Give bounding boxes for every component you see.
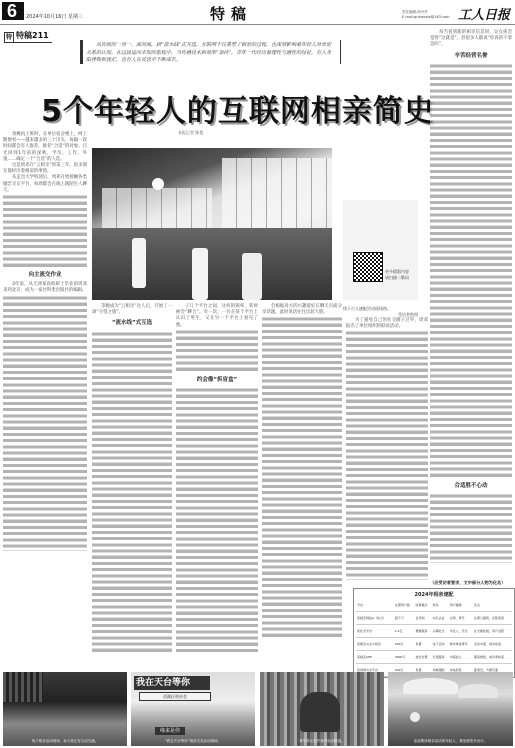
body-text-block [3, 194, 87, 268]
qr-panel [343, 200, 418, 300]
header-rule [0, 24, 515, 25]
hikers-group [300, 692, 340, 732]
article-column-4: 会根据对方的兴趣爱好在聊天页面分享话题，此时说话往往比较大胆。 [262, 304, 342, 638]
table-title: 2024年相亲速配 [354, 591, 514, 598]
byline: 本报记者 陈俊 [178, 130, 203, 136]
table-header-cell: 收费模式 [415, 599, 432, 612]
lead-right-bar [340, 40, 341, 64]
editor-email: E-mail:grrbaoxie@163.com [402, 15, 450, 20]
table-cell: 年轻人、学生 [449, 625, 473, 638]
table-cell: 活动丰富，真实性高 [473, 638, 512, 651]
body-text-block [3, 295, 87, 551]
table-cell: 会员制 [415, 612, 432, 625]
page-number: 6 [2, 2, 22, 20]
table-cell: 红娘服务 [432, 651, 449, 664]
column-tag-label: 特稿211 [16, 31, 49, 40]
table-cell: 超千万 [394, 612, 415, 625]
photo-caption: 参加集体相亲活动的年轻人，乘坐游览车出行。 [388, 739, 513, 744]
table-row: 某相亲交友小程序500万免费线下活动城市单身青年活动丰富，真实性高 [356, 638, 512, 651]
table-cell: 注册门槛低，匹配度高 [473, 612, 512, 625]
body-text-block [430, 493, 512, 563]
paragraph: 3年前，从天津某高校研士毕业的周邓来到北京，成为一家社科类出版社的编辑。 [3, 282, 87, 294]
table-cell: 某婚恋APP [356, 651, 394, 664]
paragraph: 这是周邓在“云相亲”的第三年。很多朋友都经历着相似的事情。 [3, 163, 87, 175]
table-cell: 中高收入 [449, 651, 473, 664]
section-heading: 合适胜不心动 [430, 483, 512, 489]
paragraph: 从走出大学校园后，周邓开始接触各类婚恋交友平台，每周都会在线上跟陌生人聊天。 [3, 175, 87, 194]
main-photo-speed-dating-event [92, 148, 332, 300]
photo-rooftop-event: 我在天台等你 西湖区相亲会 缘来是你 “我在天台等你”相亲交友活动现场。 [131, 672, 255, 746]
table-cell: 按次付费 [415, 651, 432, 664]
event-badge: 缘来是你 [155, 727, 185, 735]
table-header-cell: 优点 [473, 599, 512, 612]
section-heading: 辛苦经营名誉 [430, 53, 512, 59]
qr-caption-line: 请扫描二维码 [385, 275, 415, 281]
table-row: 某婚恋APP3000万按次付费红娘服务中高收入服务细致，成功率较高 [356, 651, 512, 664]
window-blinds [3, 672, 43, 702]
paragraph: 子几个平台之间，这样的频率，转时候会“聊合”。有一次，一位在某个平台上认识了男生… [176, 304, 258, 329]
table-cell: 白领、青年 [449, 612, 473, 625]
section-title: 特稿 [210, 3, 252, 24]
chair [242, 253, 262, 300]
table-header-cell: 注册用户数 [394, 599, 415, 612]
paragraph: 会根据对方的兴趣爱好在聊天页面分享话题，此时说话往往比较大胆。 [262, 304, 342, 316]
paragraph: 等她成为“云相亲”达人后，开始了一场“守望之旅”。 [92, 304, 172, 316]
direction-sign: 西湖区相亲会 [139, 692, 211, 701]
table-cell: 某相亲交友小程序 [356, 638, 394, 651]
photo-dating-event-crowd: 线下相亲活动现场，参与者正在互动交流。 [3, 672, 127, 746]
table-cell: 城市单身青年 [449, 638, 473, 651]
lamp [152, 178, 164, 190]
table-row: 某社交平台1.2亿增值服务兴趣社交年轻人、学生社交属性强，用户活跃 [356, 625, 512, 638]
lead-left-bar [80, 40, 83, 64]
main-photo-caption: 线下百人速配活动现场图。 受访者供图 [343, 306, 418, 318]
table-cell: 某社交平台 [356, 625, 394, 638]
body-text-block [430, 63, 512, 479]
table-cell: 社交属性强，用户活跃 [473, 625, 512, 638]
table-cell: 实名认证 [432, 612, 449, 625]
headline: 5个年轻人的互联网相亲简史 [28, 86, 448, 130]
crowd-area [92, 228, 332, 300]
newspaper-masthead: 工人日报 [458, 4, 510, 23]
article-column-6: 每当看到新的相亲信息时，吴女孩会觉得“这就是”，但很多人都说“你真的不着急吗”。… [430, 30, 512, 563]
article-column-3: 子几个平台之间，这样的频率，转时候会“聊合”。有一次，一位在某个平台上认识了男生… [176, 304, 258, 655]
photo-caption: 线下相亲活动现场，参与者正在互动交流。 [3, 739, 127, 744]
table-cell: 服务细致，成功率较高 [473, 651, 512, 664]
qr-code[interactable] [353, 252, 383, 282]
table-header-cell: 平台 [356, 599, 394, 612]
balloon [410, 712, 420, 722]
lead-paragraph: 从传统的一对一、面对面，到“流水线”式互选，互联网不仅重塑了相亲的过程，也深刻影… [86, 42, 334, 65]
table-header-cell: 用户画像 [449, 599, 473, 612]
section-heading: 约会像“拆盲盒” [176, 377, 258, 383]
qr-caption: 更多精彩内容 请扫描二维码 [385, 269, 415, 281]
table-header-cell: 特色 [432, 599, 449, 612]
table-cell: 3000万 [394, 651, 415, 664]
table-cell: 500万 [394, 638, 415, 651]
event-sign: 我在天台等你 [134, 676, 210, 690]
paragraph: 每当看到新的相亲信息时，吴女孩会觉得“这就是”，但很多人都说“你真的不着急吗”。 [430, 30, 512, 49]
paragraph: 余姚杭上班时，在单位宿舍楼上，网上随便看——越来越多的三十出头，每隔一段时间都会… [3, 132, 87, 163]
table-cell: 免费 [415, 638, 432, 651]
paragraph: 为了避免自己的社交圈子过窄，周邓报名了单位组织的联谊活动。 [346, 318, 428, 330]
column-tag-underline [4, 42, 52, 43]
bookshelf [102, 188, 212, 233]
table-header-row: 平台 注册用户数 收费模式 特色 用户画像 优点 [356, 599, 512, 612]
article-column-5: 为了避免自己的社交圈子过窄，周邓报名了单位组织的联谊活动。 [346, 318, 428, 580]
table-cell: 增值服务 [415, 625, 432, 638]
table-cell: 某婚恋网站A（综合） [356, 612, 394, 625]
article-column-2: 等她成为“云相亲”达人后，开始了一场“守望之旅”。 “流水线”式互选 [92, 304, 172, 653]
body-text-block [176, 329, 258, 373]
article-column-1: 余姚杭上班时，在单位宿舍楼上，网上随便看——越来越多的三十出头，每隔一段时间都会… [3, 132, 87, 551]
issue-date: 2024年10月16日 星期三 [26, 13, 83, 20]
photo-caption: 青年男女在竹林中徒步联谊。 [260, 739, 384, 744]
body-text-block [92, 331, 172, 653]
section-heading: 向主流交作业 [3, 272, 87, 278]
table-cell: 1.2亿 [394, 625, 415, 638]
editor-contact: 责任编辑:高丹丹 E-mail:grrbaoxie@163.com [402, 10, 450, 20]
author-note: （应受访者要求，文中部分人物为化名） [430, 580, 505, 586]
section-heading: “流水线”式互选 [92, 320, 172, 326]
photo-caption: “我在天台等你”相亲交友活动现场。 [131, 739, 255, 744]
chair [192, 248, 208, 300]
table-cell: 兴趣社交 [432, 625, 449, 638]
body-text-block [346, 330, 428, 580]
chair [132, 238, 146, 288]
table-cell: 线下活动 [432, 638, 449, 651]
cart-canopy [403, 678, 458, 694]
photo-bamboo-hike: 青年男女在竹林中徒步联谊。 [260, 672, 384, 746]
body-text-block [176, 387, 258, 655]
table-row: 某婚恋网站A（综合）超千万会员制实名认证白领、青年注册门槛低，匹配度高 [356, 612, 512, 625]
page-number-divider [22, 2, 24, 20]
body-text-block [262, 316, 342, 638]
dating-platform-table: 2024年相亲速配 平台 注册用户数 收费模式 特色 用户画像 优点 某婚恋网站… [353, 588, 515, 678]
table: 平台 注册用户数 收费模式 特色 用户画像 优点 某婚恋网站A（综合）超千万会员… [356, 599, 512, 677]
cart-canopy [458, 684, 498, 698]
photo-tour-cart: 参加集体相亲活动的年轻人，乘坐游览车出行。 [388, 672, 513, 746]
